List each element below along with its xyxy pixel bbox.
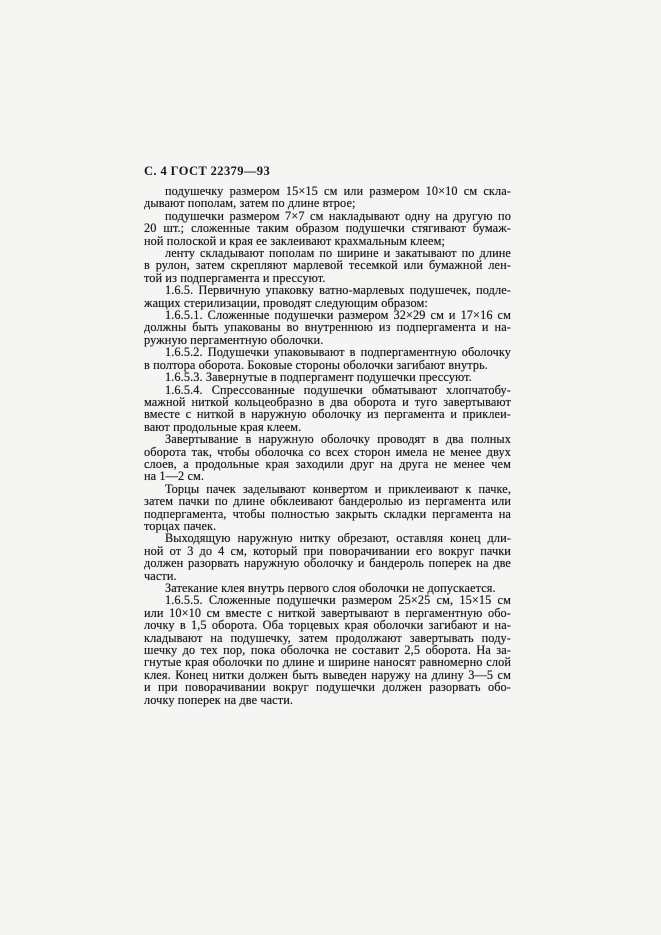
text-line: 1.6.5. Первичную упаковку ватно-марлевых… [144,284,511,296]
text-line: и при поворачивании вокруг подушечки дол… [144,681,511,693]
paragraph: 1.6.5.4. Спрессованные подушечки обматыв… [144,384,511,434]
paragraph: 1.6.5.3. Завернутые в подпергамент подуш… [144,371,511,383]
text-line: гнутые края оболочки по длине и ширине н… [144,656,511,668]
text-line: Завертывание в наружную оболочку проводя… [144,433,511,445]
paragraph: ленту складывают пополам по ширине и зак… [144,247,511,284]
text-line: дывают пополам, затем по длине втрое; [144,197,511,209]
text-line: лочку в 1,5 оборота. Оба торцевых края о… [144,619,511,631]
document-page: С. 4 ГОСТ 22379—93 подушечку размером 15… [0,0,661,935]
text-line: должны быть упакованы во внутреннюю из п… [144,321,511,333]
page-header: С. 4 ГОСТ 22379—93 [144,164,270,179]
text-line: Выходящую наружную нитку обрезают, остав… [144,532,511,544]
text-line: 1.6.5.5. Сложенные подушечки размером 25… [144,594,511,606]
paragraph: Торцы пачек заделывают конвертом и прикл… [144,483,511,533]
text-line: 1.6.5.2. Подушечки упаковывают в подперг… [144,346,511,358]
text-line: затем пачки по длине обклеивают бандерол… [144,495,511,507]
document-body: подушечку размером 15×15 см или размером… [144,185,511,706]
text-line: в рулон, затем скрепляют марлевой тесемк… [144,259,511,271]
paragraph: 1.6.5.2. Подушечки упаковывают в подперг… [144,346,511,371]
text-line: 20 шт.; сложенные таким образом подушечк… [144,222,511,234]
paragraph: Завертывание в наружную оболочку проводя… [144,433,511,483]
paragraph: подушечки размером 7×7 см накладывают од… [144,210,511,247]
paragraph: 1.6.5.5. Сложенные подушечки размером 25… [144,594,511,706]
paragraph: 1.6.5. Первичную упаковку ватно-марлевых… [144,284,511,309]
paragraph: 1.6.5.1. Сложенные подушечки размером 32… [144,309,511,346]
text-line: должен разорвать наружную оболочку и бан… [144,557,511,569]
paragraph: Выходящую наружную нитку обрезают, остав… [144,532,511,582]
text-line: лочку поперек на две части. [144,694,511,706]
paragraph: подушечку размером 15×15 см или размером… [144,185,511,210]
text-line: 1.6.5.3. Завернутые в подпергамент подуш… [144,371,511,383]
text-line: на 1—2 см. [144,470,511,482]
text-line: вместе с ниткой в наружную оболочку из п… [144,408,511,420]
